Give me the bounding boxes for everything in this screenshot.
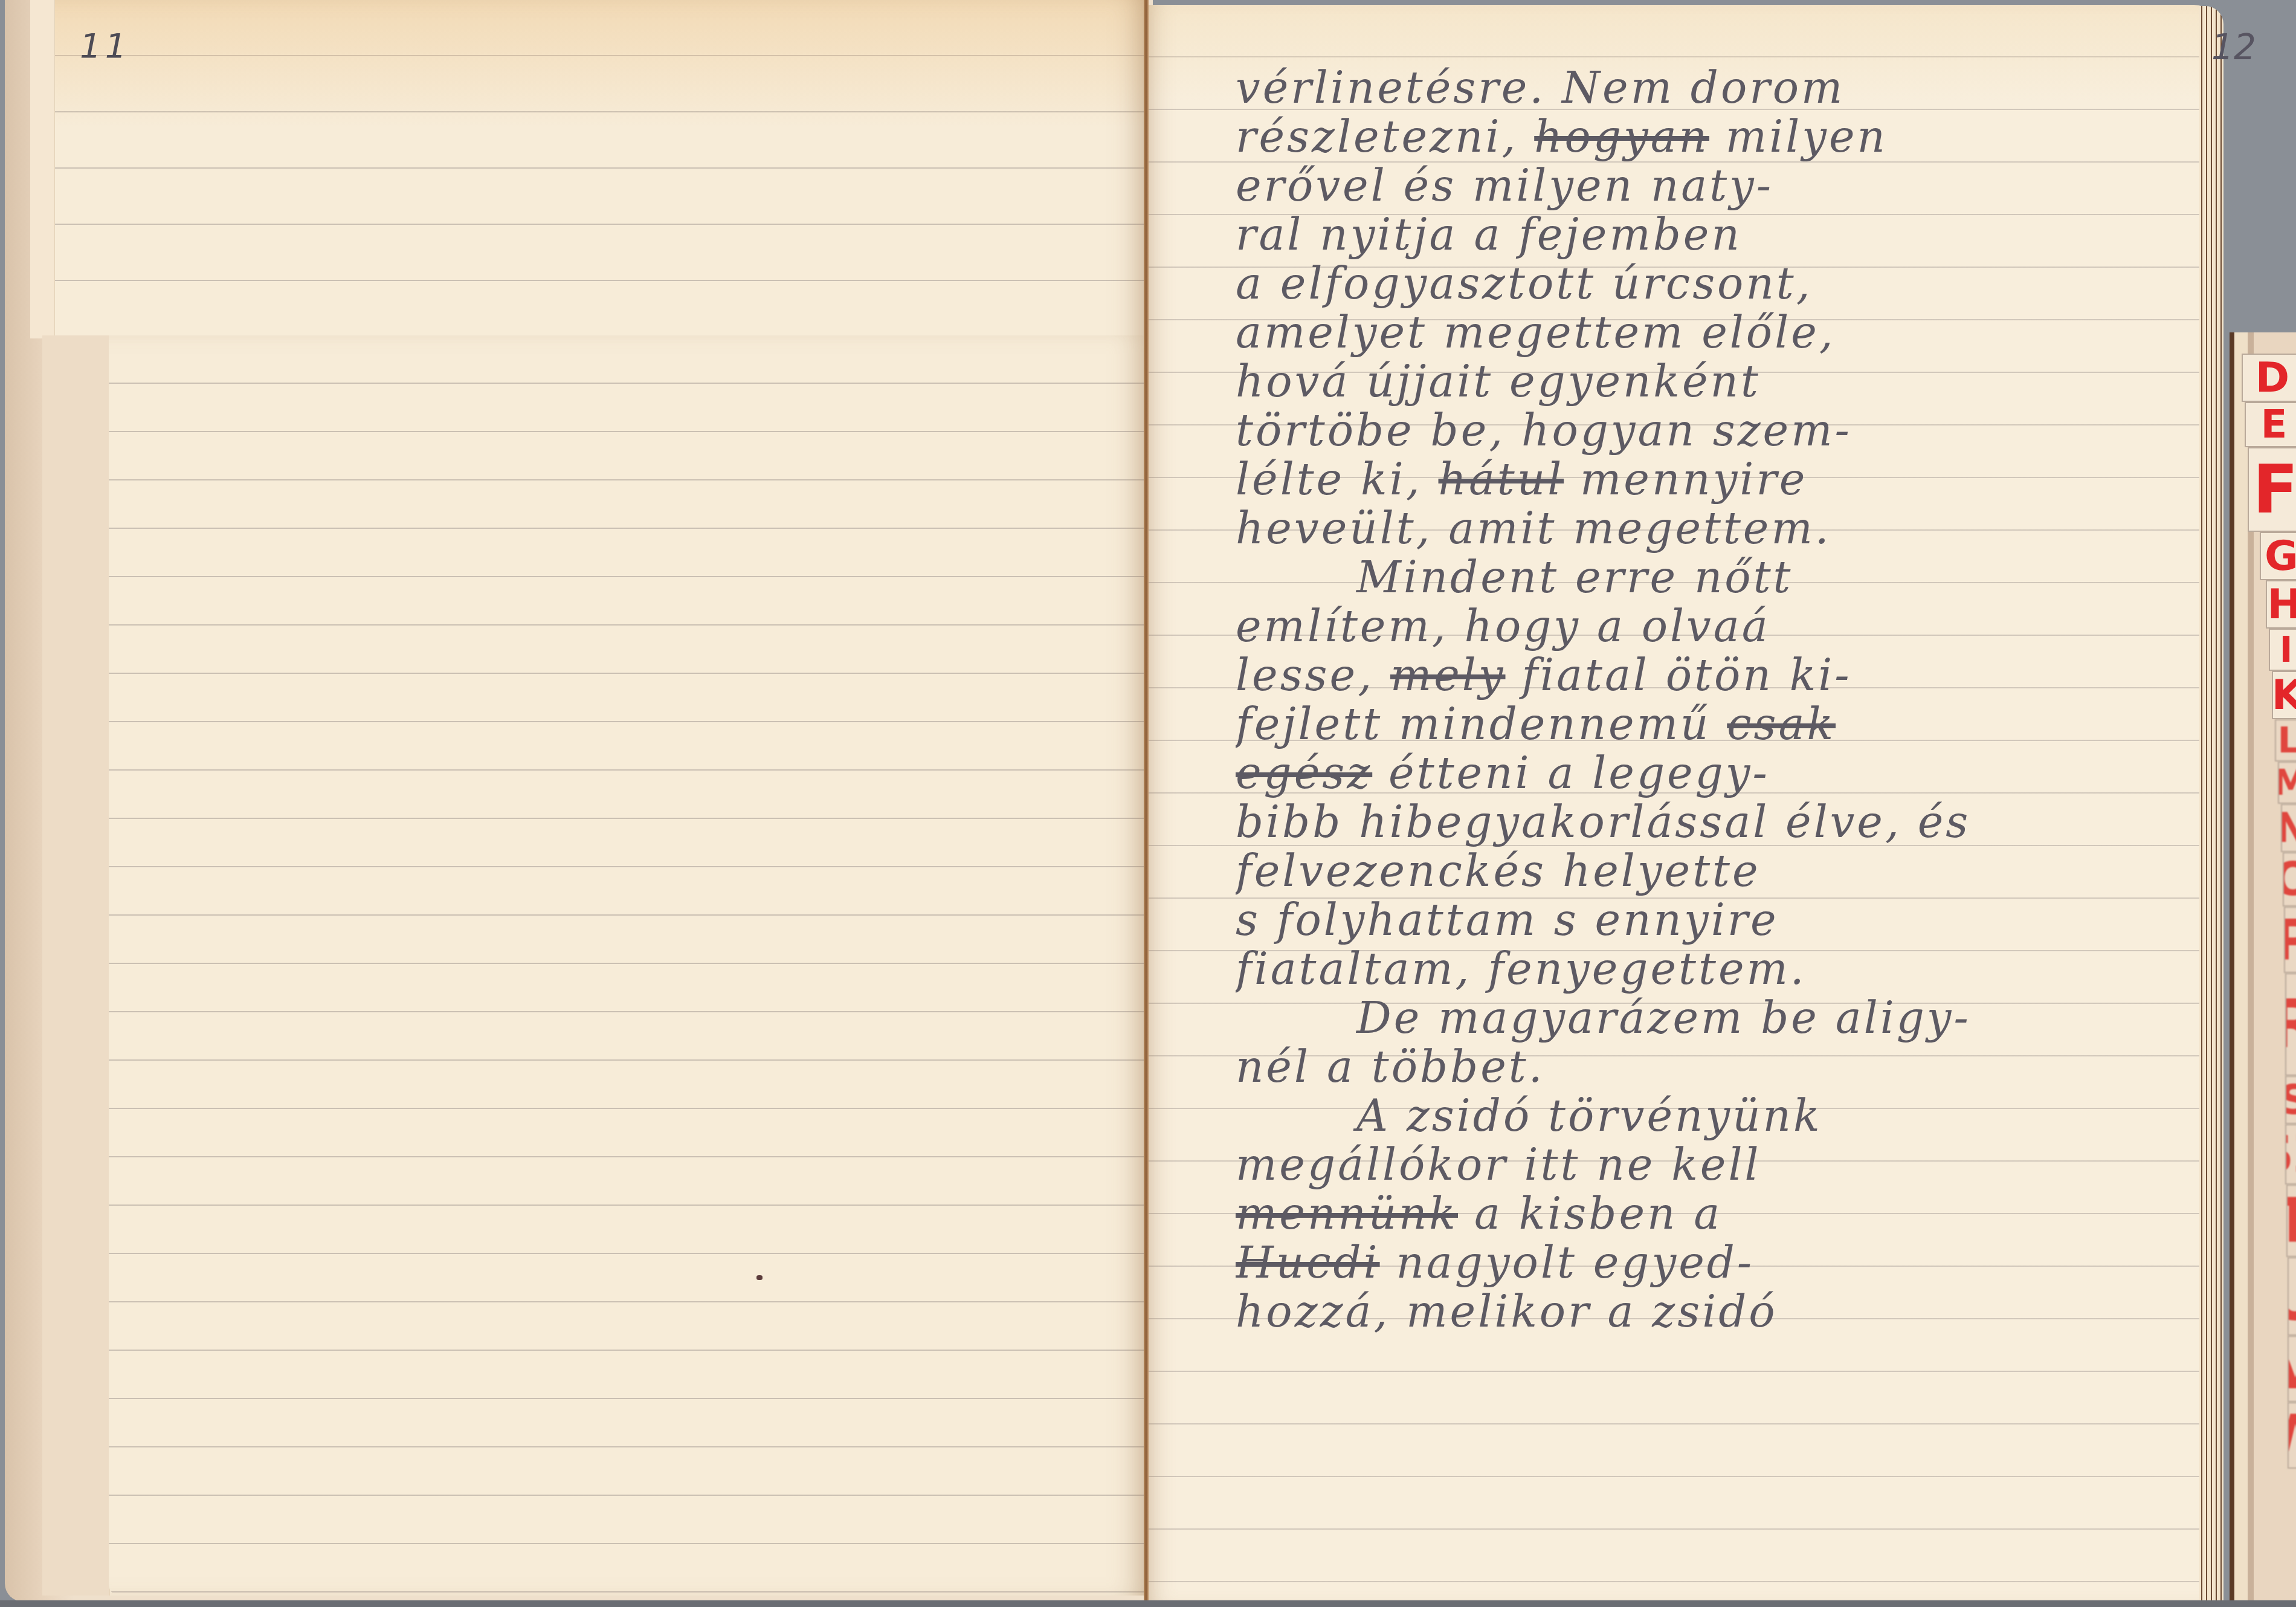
handwritten-words: megállókor itt ne kell	[1236, 1140, 1761, 1189]
handwritten-line: heveült, amit megettem.	[1236, 504, 2178, 553]
right-page-stacked-edge	[2199, 6, 2223, 1602]
index-tab-o[interactable]: O	[2283, 852, 2296, 907]
handwritten-line: mennünk a kisben a	[1236, 1189, 2178, 1238]
handwritten-words: Mindent erre nőtt	[1356, 553, 1793, 602]
handwritten-words: a kisben a	[1458, 1189, 1722, 1238]
handwritten-line: A zsidó törvényünk	[1236, 1091, 2178, 1140]
handwritten-words: s folyhattam s ennyire	[1236, 896, 1779, 945]
index-tab-d[interactable]: D	[2242, 354, 2296, 402]
handwritten-words: fiataltam, fenyegettem.	[1236, 945, 1807, 994]
handwritten-words: milyen	[1709, 112, 1888, 161]
index-tab-h[interactable]: H	[2266, 580, 2296, 629]
crossed-out-word: hogyan	[1534, 112, 1709, 161]
handwritten-line: nél a többet.	[1236, 1043, 2178, 1091]
handwritten-line: részletezni, hogyan milyen	[1236, 112, 2178, 161]
index-tab-u[interactable]: U	[2288, 1257, 2296, 1336]
handwritten-words: mennyire	[1564, 455, 1807, 504]
left-page-edge-tab	[30, 0, 55, 338]
index-tab-i[interactable]: I	[2269, 629, 2296, 671]
handwritten-words: ral nyitja a fejemben	[1236, 210, 1742, 259]
handwritten-line: törtöbe be, hogyan szem-	[1236, 406, 2178, 455]
handwritten-line: fejlett mindennemű csak	[1236, 700, 2178, 749]
open-notebook: 11 12 vérlinetésre. Nem doromrészletezni…	[0, 0, 2296, 1602]
index-tab-m[interactable]: M	[2278, 761, 2296, 804]
handwritten-words: heveült, amit megettem.	[1236, 504, 1831, 553]
handwritten-words: említem, hogy a olvaá	[1236, 602, 1770, 651]
index-tab-n[interactable]: N	[2281, 804, 2296, 852]
handwritten-words: bibb hibegyakorlással élve, és	[1236, 798, 1970, 847]
handwritten-words: fiatal ötön ki-	[1506, 651, 1852, 700]
crossed-out-word: mennünk	[1236, 1189, 1458, 1238]
handwritten-line: erővel és milyen naty-	[1236, 161, 2178, 210]
crossed-out-word: egész	[1236, 749, 1372, 798]
handwritten-line: hová újjait egyenként	[1236, 357, 2178, 406]
handwritten-line: s folyhattam s ennyire	[1236, 896, 2178, 945]
handwritten-words: nél a többet.	[1236, 1043, 1545, 1091]
handwritten-line: Hucdi nagyolt egyed-	[1236, 1238, 2178, 1287]
crossed-out-word: hátul	[1439, 455, 1564, 504]
handwritten-words: vérlinetésre. Nem dorom	[1236, 63, 1845, 112]
handwritten-words: lesse,	[1236, 651, 1390, 700]
crossed-out-word: Hucdi	[1236, 1238, 1380, 1287]
handwritten-words: hová újjait egyenként	[1236, 357, 1761, 406]
binding-gutter	[1144, 0, 1149, 1602]
index-tab-g[interactable]: G	[2260, 532, 2296, 580]
handwritten-line: felvezenckés helyette	[1236, 847, 2178, 896]
handwritten-line: vérlinetésre. Nem dorom	[1236, 63, 2178, 112]
handwritten-words: nagyolt egyed-	[1380, 1238, 1755, 1287]
index-tab-l[interactable]: L	[2275, 719, 2296, 761]
index-tab-e[interactable]: E	[2245, 402, 2296, 447]
handwritten-words: lélte ki,	[1236, 455, 1439, 504]
index-tab-v[interactable]: V	[2288, 1336, 2296, 1402]
index-tab-sz[interactable]: SZ	[2285, 1124, 2296, 1185]
handwritten-text: vérlinetésre. Nem doromrészletezni, hogy…	[1236, 63, 2178, 1336]
background-surface	[0, 1600, 2296, 1607]
crossed-out-word: csak	[1727, 700, 1836, 749]
index-tab-r[interactable]: R	[2285, 973, 2296, 1076]
handwritten-words: hozzá, melikor a zsidó	[1236, 1287, 1778, 1336]
paper-speck	[756, 1275, 763, 1280]
page-number-right: 12	[2211, 27, 2256, 68]
handwritten-words: étteni a legegy-	[1372, 749, 1770, 798]
handwritten-line: lélte ki, hátul mennyire	[1236, 455, 2178, 504]
handwritten-words: törtöbe be, hogyan szem-	[1236, 406, 1852, 455]
handwritten-words: felvezenckés helyette	[1236, 847, 1761, 896]
handwritten-line: amelyet megettem előle,	[1236, 308, 2178, 357]
index-tab-k[interactable]: K	[2272, 671, 2296, 719]
handwritten-line: megállókor itt ne kell	[1236, 1140, 2178, 1189]
handwritten-line: De magyarázem be aligy-	[1236, 994, 2178, 1043]
handwritten-line: lesse, mely fiatal ötön ki-	[1236, 651, 2178, 700]
handwritten-line: említem, hogy a olvaá	[1236, 602, 2178, 651]
index-tab-s[interactable]: S	[2285, 1076, 2296, 1124]
handwritten-words: a elfogyasztott úrcsont,	[1236, 259, 1813, 308]
handwritten-words: erővel és milyen naty-	[1236, 161, 1773, 210]
page-number-left: 11	[80, 27, 130, 66]
handwritten-words: A zsidó törvényünk	[1356, 1091, 1822, 1140]
handwritten-words: amelyet megettem előle,	[1236, 308, 1836, 357]
handwritten-line: Mindent erre nőtt	[1236, 553, 2178, 602]
index-tab-f[interactable]: F	[2248, 447, 2296, 532]
crossed-out-word: mely	[1390, 651, 1506, 700]
handwritten-line: a elfogyasztott úrcsont,	[1236, 259, 2178, 308]
index-tab-w[interactable]: W	[2288, 1402, 2296, 1469]
index-tab-p[interactable]: P	[2284, 907, 2296, 973]
handwritten-line: egész étteni a legegy-	[1236, 749, 2178, 798]
handwritten-words: De magyarázem be aligy-	[1356, 994, 1971, 1043]
handwritten-line: ral nyitja a fejemben	[1236, 210, 2178, 259]
handwritten-line: bibb hibegyakorlással élve, és	[1236, 798, 2178, 847]
left-page-stacked-edge	[42, 335, 110, 1596]
handwritten-words: részletezni,	[1236, 112, 1534, 161]
index-tab-t[interactable]: T	[2286, 1185, 2296, 1257]
left-page-body	[109, 335, 1148, 1596]
handwritten-line: hozzá, melikor a zsidó	[1236, 1287, 2178, 1336]
handwritten-line: fiataltam, fenyegettem.	[1236, 945, 2178, 994]
handwritten-words: fejlett mindennemű	[1236, 700, 1727, 749]
